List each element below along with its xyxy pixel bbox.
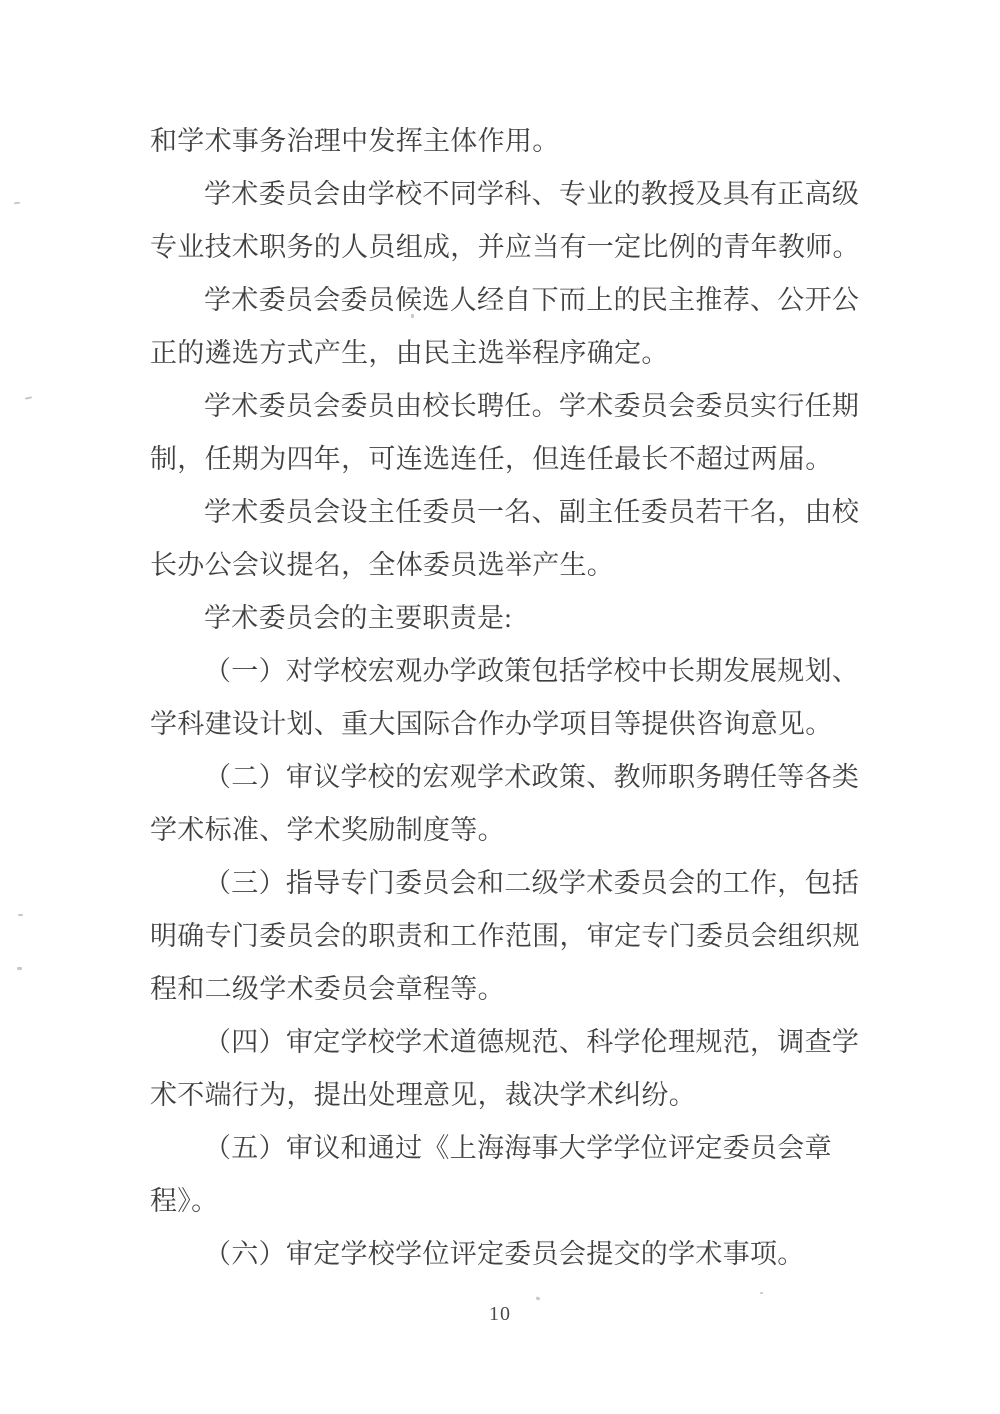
text-line: 学术委员会的主要职责是: — [150, 592, 854, 645]
text-line: 程》。 — [150, 1175, 854, 1228]
text-line: 正的遴选方式产生，由民主选举程序确定。 — [150, 327, 854, 380]
text-line: （四）审定学校学术道德规范、科学伦理规范，调查学 — [150, 1016, 854, 1069]
scan-speckle — [18, 914, 23, 916]
page-body: 和学术事务治理中发挥主体作用。学术委员会由学校不同学科、专业的教授及具有正高级专… — [150, 115, 854, 1281]
scan-speckle — [25, 396, 32, 399]
text-line: 学术委员会委员候选人经自下而上的民主推荐、公开公 — [150, 274, 854, 327]
text-line: 程和二级学术委员会章程等。 — [150, 963, 854, 1016]
text-line: 和学术事务治理中发挥主体作用。 — [150, 115, 854, 168]
scan-speckle — [760, 1292, 763, 1294]
scan-speckle — [536, 1296, 541, 1300]
text-line: 学术委员会设主任委员一名、副主任委员若干名，由校 — [150, 486, 854, 539]
scan-speckle — [17, 967, 22, 970]
scan-speckle — [14, 202, 20, 205]
text-line: 术不端行为，提出处理意见，裁决学术纠纷。 — [150, 1069, 854, 1122]
paragraph-container: 和学术事务治理中发挥主体作用。学术委员会由学校不同学科、专业的教授及具有正高级专… — [150, 115, 854, 1281]
text-line: （五）审议和通过《上海海事大学学位评定委员会章 — [150, 1122, 854, 1175]
text-line: （一）对学校宏观办学政策包括学校中长期发展规划、 — [150, 645, 854, 698]
text-line: 学术委员会委员由校长聘任。学术委员会委员实行任期 — [150, 380, 854, 433]
text-line: 长办公会议提名，全体委员选举产生。 — [150, 539, 854, 592]
text-line: 制，任期为四年，可连选连任，但连任最长不超过两届。 — [150, 433, 854, 486]
text-line: 学术委员会由学校不同学科、专业的教授及具有正高级 — [150, 168, 854, 221]
text-line: 学科建设计划、重大国际合作办学项目等提供咨询意见。 — [150, 698, 854, 751]
text-line: （三）指导专门委员会和二级学术委员会的工作，包括 — [150, 857, 854, 910]
text-line: （六）审定学校学位评定委员会提交的学术事项。 — [150, 1228, 854, 1281]
text-line: 明确专门委员会的职责和工作范围，审定专门委员会组织规 — [150, 910, 854, 963]
page-number: 10 — [0, 1303, 1000, 1326]
text-line: 学术标准、学术奖励制度等。 — [150, 804, 854, 857]
text-line: （二）审议学校的宏观学术政策、教师职务聘任等各类 — [150, 751, 854, 804]
scan-speckle — [411, 314, 414, 318]
document-page: 和学术事务治理中发挥主体作用。学术委员会由学校不同学科、专业的教授及具有正高级专… — [0, 0, 1000, 1414]
text-line: 专业技术职务的人员组成，并应当有一定比例的青年教师。 — [150, 221, 854, 274]
